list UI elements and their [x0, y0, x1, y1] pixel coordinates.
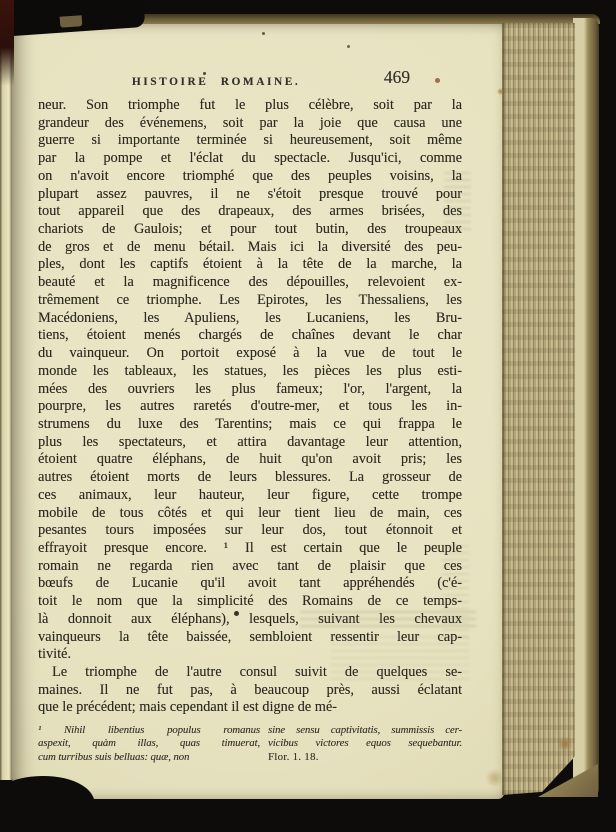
text-line: bœufs de Lucanie qu'il avoit tant appréh…	[38, 575, 462, 593]
text-line: autres étoient morts de leurs blessures.…	[38, 469, 462, 487]
text-line: romain ne regarda rien avec tant de plai…	[38, 558, 462, 576]
text-line: mées des ouvriers les plus fameux; l'or,…	[38, 381, 462, 399]
footnote-line: cum turribus suis belluas: quæ, non	[38, 751, 260, 764]
text-line: tivité.	[38, 646, 462, 664]
text-line: Le triomphe de l'autre consul suivit de …	[38, 664, 462, 682]
text-line: du vainqueur. On portoit exposé à la vue…	[38, 345, 462, 363]
text-line: beauté et la magnificence des dépouilles…	[38, 274, 462, 292]
text-line: grandeur des événemens, soit par la joie…	[38, 115, 462, 133]
text-line: pourpre, les autres raretés d'outre-mer,…	[38, 398, 462, 416]
running-header: HISTOIRE ROMAINE.	[132, 76, 300, 88]
page-fore-edge	[502, 23, 575, 795]
text-line: ces animaux, leur hauteur, leur figure, …	[38, 487, 462, 505]
text-line: monde les tableaux, les statues, les piè…	[38, 363, 462, 381]
text-line: ples, dont les captifs étoient à la tête…	[38, 256, 462, 274]
text-line: tout appareil que des drapeaux, des arme…	[38, 203, 462, 221]
text-line: étoient quatre éléphans, de huit qu'on a…	[38, 451, 462, 469]
photo-backdrop: { "colors": { "paper": "#e7e2c0", "ink":…	[0, 0, 616, 832]
cover-edge-tab	[60, 15, 83, 28]
book-cover-right-edge	[573, 18, 599, 796]
footnote-line: sine sensu captivitatis, summissis cer-	[268, 724, 462, 737]
text-line: mobile de tous côtés et qui leur tient l…	[38, 505, 462, 523]
text-line: toit le nom que la simplicité des Romain…	[38, 593, 462, 611]
text-line: par la pompe et l'éclat du spectacle. Ju…	[38, 150, 462, 168]
spine-shadow	[0, 0, 14, 86]
text-line: on n'avoit encore triomphé que des peupl…	[38, 168, 462, 186]
text-line: effrayoit presque encore. ¹ Il est certa…	[38, 540, 462, 558]
text-line: Macédoniens, les Apuliens, les Lucaniens…	[38, 310, 462, 328]
page-header: HISTOIRE ROMAINE. 469	[38, 70, 462, 92]
text-line: de gros et de menu bétail. Mais ici la d…	[38, 239, 462, 257]
text-line: chariots de Gaulois; et pour tout butin,…	[38, 221, 462, 239]
text-line: que le précédent; mais cependant il est …	[38, 699, 462, 717]
footnote-line: vicibus victores equos sequebantur.	[268, 737, 462, 750]
text-line: guerre si importante terminée si heureus…	[38, 132, 462, 150]
page-content: HISTOIRE ROMAINE. 469 neur. Son triomphe…	[38, 70, 462, 764]
text-line: tiens, étoient menés chargés de chaînes …	[38, 327, 462, 345]
page-body: neur. Son triomphe fut le plus célèbre, …	[38, 97, 462, 717]
previous-page-edge	[0, 30, 12, 780]
text-line: plupart assez pauvres, il ne s'étoit pre…	[38, 186, 462, 204]
text-line: neur. Son triomphe fut le plus célèbre, …	[38, 97, 462, 115]
footnote-left-column: ¹ Nihil libentius populus romanusaspexit…	[38, 724, 260, 764]
text-line: pesantes tours imposées sur leur dos, to…	[38, 522, 462, 540]
footnote-line: aspexit, quàm illas, quas timuerat,	[38, 737, 260, 750]
footnote-line: ¹ Nihil libentius populus romanus	[38, 724, 260, 737]
footnote-right-column: sine sensu captivitatis, summissis cer-v…	[268, 724, 462, 764]
text-line: maines. Il ne fut pas, à beaucoup près, …	[38, 682, 462, 700]
paragraph: Le triomphe de l'autre consul suivit de …	[38, 664, 462, 717]
book-page: HISTOIRE ROMAINE. 469 neur. Son triomphe…	[12, 22, 504, 799]
footnote: ¹ Nihil libentius populus romanusaspexit…	[38, 724, 462, 764]
text-line: strumens du luxe des Tarentins; mais ce …	[38, 416, 462, 434]
text-line: plus les spectateurs, et attira davantag…	[38, 434, 462, 452]
text-line: là donnoit aux éléphans), lesquels, suiv…	[38, 611, 462, 629]
text-line: vainqueurs la tête baissée, sembloient r…	[38, 629, 462, 647]
page-number: 469	[384, 67, 410, 88]
footnote-line: Flor. 1. 18.	[268, 751, 462, 764]
paragraph: neur. Son triomphe fut le plus célèbre, …	[38, 97, 462, 664]
text-line: trêmement ce triomphe. Les Epirotes, les…	[38, 292, 462, 310]
